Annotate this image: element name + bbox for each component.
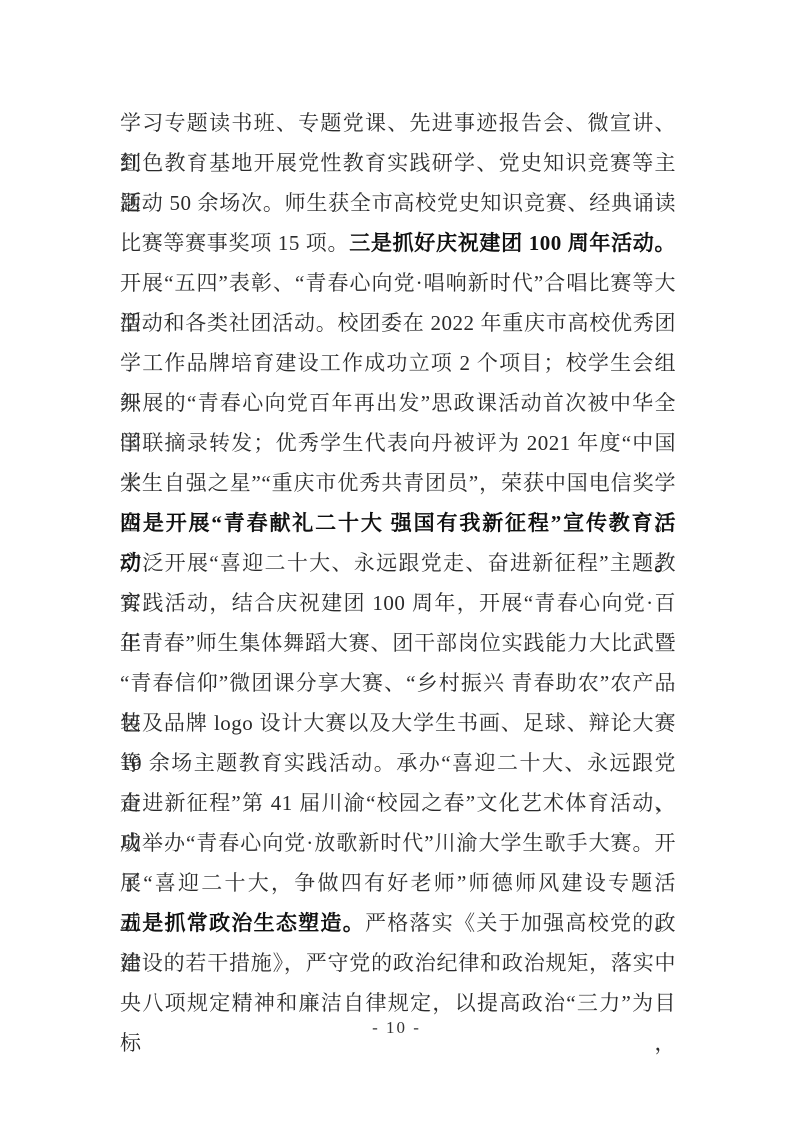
text-run: 活动和各类社团活动。校团委在 2022 年重庆市高校优秀团 — [120, 311, 676, 335]
text-line: 正青春”师生集体舞蹈大赛、团干部岗位实践能力大比武暨 — [120, 623, 676, 663]
text-line: 央八项规定精神和廉洁自律规定，以提高政治“三力”为目标， — [120, 983, 676, 1023]
text-line: “青春信仰”微团课分享大赛、“乡村振兴 青春助农”农产品包 — [120, 663, 676, 703]
text-line: 实践活动，结合庆祝建团 100 周年，开展“青春心向党·百年 — [120, 583, 676, 623]
text-line: 广泛开展“喜迎二十大、永远跟党走、奋进新征程”主题教育 — [120, 543, 676, 583]
text-line: 学习专题读书班、专题党课、先进事迹报告会、微宣讲、到 — [120, 103, 676, 143]
text-line: 学联摘录转发；优秀学生代表向丹被评为 2021 年度“中国大 — [120, 423, 676, 463]
text-line: 了“喜迎二十大，争做四有好老师”师德师风建设专题活动。 — [120, 863, 676, 903]
bold-text-run: 五是抓常政治生态塑造。 — [120, 911, 365, 935]
text-line: 五是抓常政治生态塑造。严格落实《关于加强高校党的政治 — [120, 903, 676, 943]
document-page: 学习专题读书班、专题党课、先进事迹报告会、微宣讲、到红色教育基地开展党性教育实践… — [0, 0, 793, 1122]
document-text: 学习专题读书班、专题党课、先进事迹报告会、微宣讲、到红色教育基地开展党性教育实践… — [120, 103, 676, 1023]
text-line: 学工作品牌培育建设工作成功立项 2 个项目；校学生会组织 — [120, 343, 676, 383]
text-line: 学生自强之星”“重庆市优秀共青团员”，荣获中国电信奖学金。 — [120, 463, 676, 503]
text-line: 建设的若干措施》，严守党的政治纪律和政治规矩，落实中 — [120, 943, 676, 983]
text-run: 活动 50 余场次。师生获全市高校党史知识竞赛、经典诵读 — [120, 191, 676, 215]
text-line: 红色教育基地开展党性教育实践研学、党史知识竞赛等主题 — [120, 143, 676, 183]
text-line: 装及品牌 logo 设计大赛以及大学生书画、足球、辩论大赛等 — [120, 703, 676, 743]
text-line: 10 余场主题教育实践活动。承办“喜迎二十大、永远跟党走、 — [120, 743, 676, 783]
text-line: 活动 50 余场次。师生获全市高校党史知识竞赛、经典诵读 — [120, 183, 676, 223]
text-line: 比赛等赛事奖项 15 项。三是抓好庆祝建团 100 周年活动。 — [120, 223, 676, 263]
text-line: 开展“五四”表彰、“青春心向党·唱响新时代”合唱比赛等大型 — [120, 263, 676, 303]
text-line: 奋进新征程”第 41 届川渝“校园之春”文化艺术体育活动，成 — [120, 783, 676, 823]
text-run: 建设的若干措施》，严守党的政治纪律和政治规矩，落实中 — [120, 951, 676, 975]
page-number: - 10 - — [0, 1018, 793, 1038]
text-line: 四是开展“青春献礼二十大 强国有我新征程”宣传教育活动。 — [120, 503, 676, 543]
text-line: 开展的“青春心向党百年再出发”思政课活动首次被中华全国 — [120, 383, 676, 423]
text-run: 比赛等赛事奖项 15 项。 — [120, 231, 349, 255]
text-line: 功举办“青春心向党·放歌新时代”川渝大学生歌手大赛。开展 — [120, 823, 676, 863]
bold-text-run: 三是抓好庆祝建团 100 周年活动。 — [349, 231, 676, 255]
text-run: 正青春”师生集体舞蹈大赛、团干部岗位实践能力大比武暨 — [120, 631, 676, 655]
text-line: 活动和各类社团活动。校团委在 2022 年重庆市高校优秀团 — [120, 303, 676, 343]
